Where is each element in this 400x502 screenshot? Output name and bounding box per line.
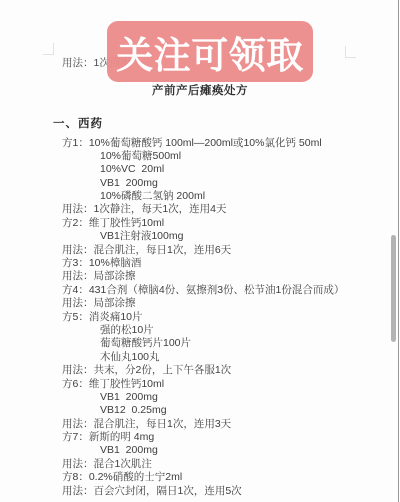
prescription-line: 用法：1次静注，每天1次，连用4天: [0, 203, 390, 216]
prescription-line: 强的松10片: [0, 324, 390, 337]
section-heading: 一、西药: [53, 115, 103, 131]
promo-sticker: 关注可领取: [107, 21, 313, 82]
prescription-line: 木仙丸100丸: [0, 351, 390, 364]
prescription-line: VB1 200mg: [0, 177, 390, 190]
prescription-line: VB1 200mg: [0, 444, 390, 457]
prescription-line: 方8：0.2%硝酸的士宁2ml: [0, 471, 390, 484]
prescription-line: 葡萄糖酸钙片100片: [0, 337, 390, 350]
document-title: 产前产后瘫痪处方: [0, 82, 400, 98]
prescription-line: VB1注射液100mg: [0, 230, 390, 243]
prescription-line: 10%葡萄糖500ml: [0, 150, 390, 163]
prescription-line: VB12 0.25mg: [0, 404, 390, 417]
page-right-edge: [398, 0, 400, 502]
prescription-line: 方4：431合剂（樟脑4份、氨擦剂3份、松节油1份混合而成）: [0, 284, 390, 297]
prescription-line: 用法：混合1次肌注: [0, 458, 390, 471]
prescription-line: 方7：新斯的明 4mg: [0, 431, 390, 444]
prescription-line: 方6：维丁胶性钙10ml: [0, 378, 390, 391]
text-boundary-mark-top-right: [345, 46, 356, 58]
prescription-line: 10%磷酸二氢钠 200ml: [0, 190, 390, 203]
prescription-line: 用法：混合肌注，每日1次，连用3天: [0, 418, 390, 431]
prescription-line: 方3：10%樟脑酒: [0, 257, 390, 270]
scrollbar-thumb[interactable]: [391, 235, 396, 342]
prescription-line: 用法：百会穴封闭，隔日1次，连用5次: [0, 485, 390, 498]
text-boundary-mark-top-left: [43, 43, 54, 55]
prescription-line: 方1：10%葡萄糖酸钙 100ml—200ml或10%氯化钙 50ml: [0, 137, 390, 150]
prescription-line: 方2：维丁胶性钙10ml: [0, 217, 390, 230]
prescription-line: VB1 200mg: [0, 391, 390, 404]
promo-sticker-text: 关注可领取: [116, 25, 304, 79]
prescription-line: 10%VC 20ml: [0, 163, 390, 176]
document-page: 用法：1次煎服 关注可领取 产前产后瘫痪处方 一、西药 方1：10%葡萄糖酸钙 …: [0, 0, 400, 502]
prescription-lines: 方1：10%葡萄糖酸钙 100ml—200ml或10%氯化钙 50ml10%葡萄…: [0, 137, 390, 499]
prescription-line: 用法：局部涂擦: [0, 297, 390, 310]
prescription-line: 用法：共末，分2份，上下午各服1次: [0, 364, 390, 377]
prescription-line: 用法：局部涂擦: [0, 270, 390, 283]
prescription-line: 方5：消炎痛10片: [0, 311, 390, 324]
prescription-line: 用法：混合肌注，每日1次，连用6天: [0, 244, 390, 257]
